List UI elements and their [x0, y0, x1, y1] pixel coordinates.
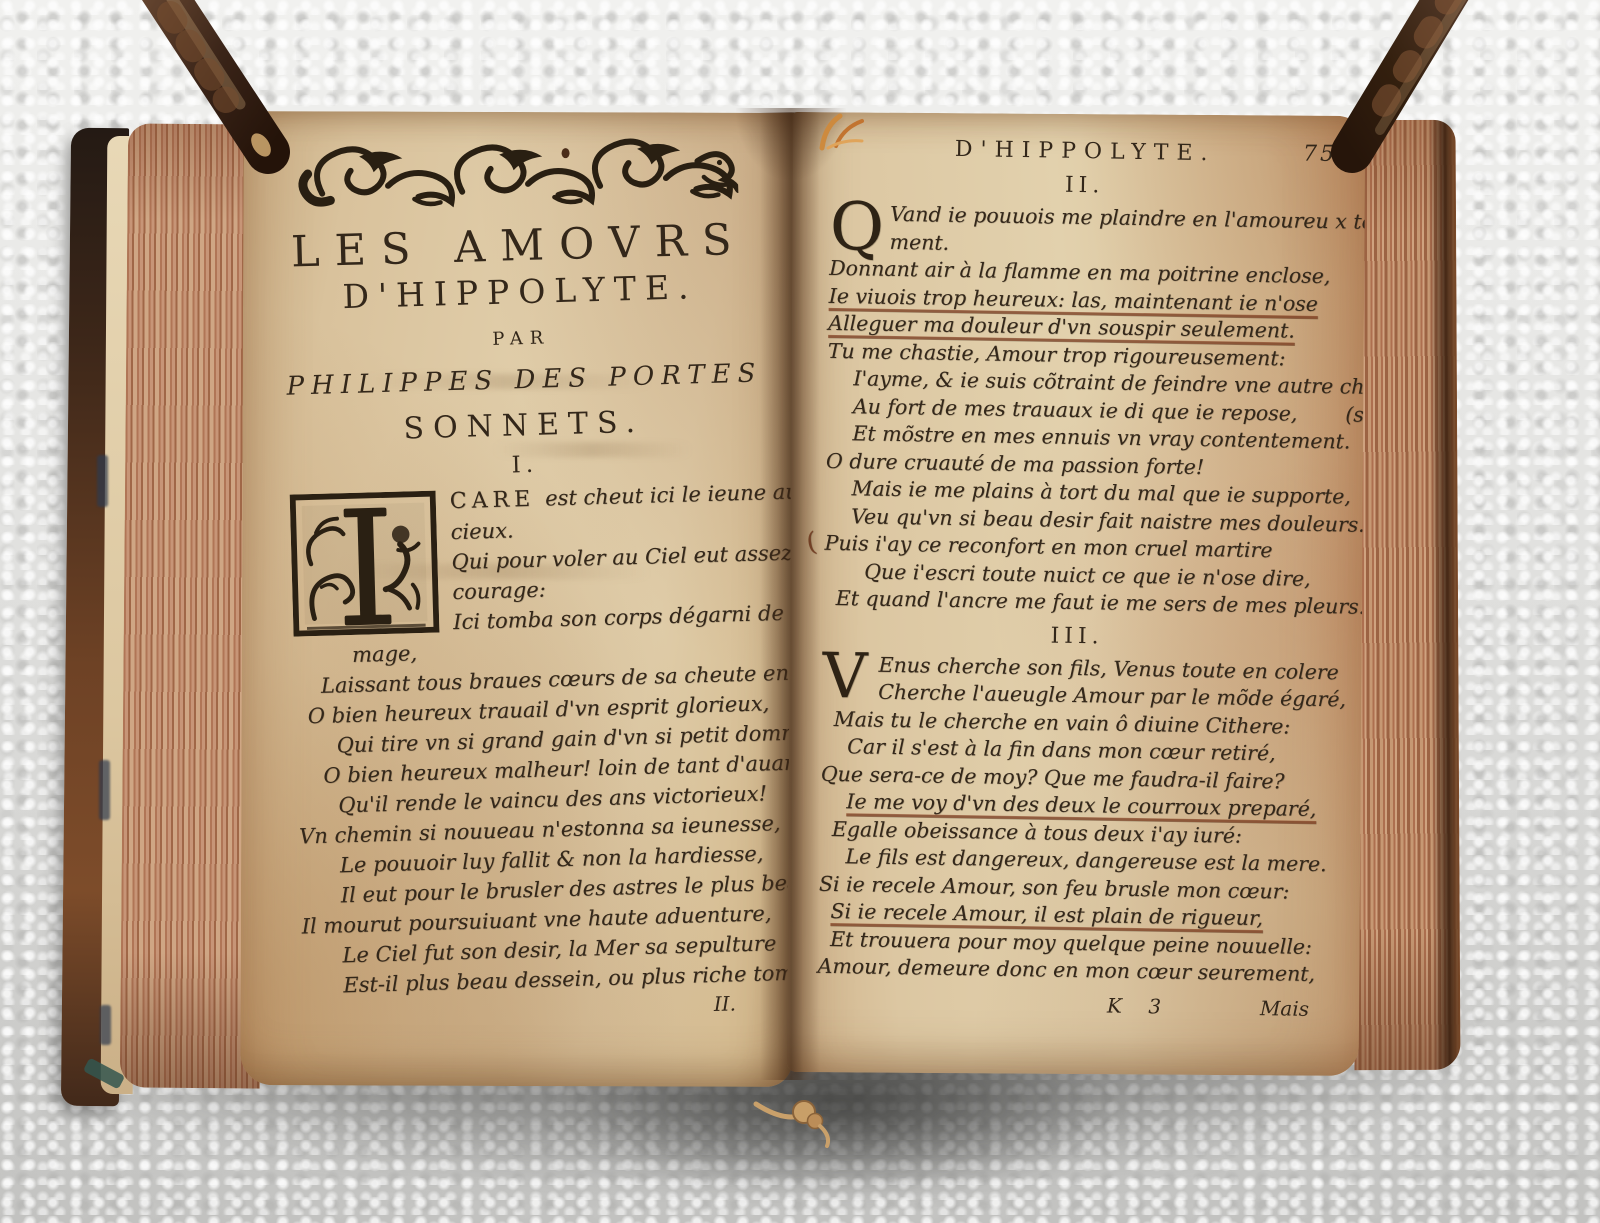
cover-mark: [99, 760, 110, 820]
right-page: 75 D'HIPPOLYTE. II. Q Vand ie pouuois me…: [787, 112, 1366, 1076]
right-fore-edge-pages: [1350, 120, 1461, 1071]
cover-mark: [100, 1005, 111, 1045]
woodcut-initial-I-icon: [290, 491, 440, 637]
sonnet-1-text: CAREest cheut ici le ieune auda- cieux. …: [289, 477, 775, 1001]
right-page-content: D'HIPPOLYTE. II. Q Vand ie pouuois me pl…: [817, 134, 1339, 1021]
sonnet-3-text: V Enus cherche son fils, Venus toute en …: [817, 650, 1330, 988]
drop-cap-V: V: [822, 650, 879, 701]
photograph-open-book: LES AMOVRS D'HIPPOLYTE. PAR PHILIPPES DE…: [0, 0, 1600, 1223]
turnover-text: (se.: [1297, 401, 1365, 426]
left-page-content: LES AMOVRS D'HIPPOLYTE. PAR PHILIPPES DE…: [280, 132, 776, 1028]
signature-mark: K 3: [1107, 993, 1171, 1018]
cover-mark: [97, 455, 108, 507]
drop-cap-Q: Q: [829, 200, 890, 253]
running-header: D'HIPPOLYTE.: [831, 134, 1339, 170]
sonnet-3-number: III.: [823, 618, 1331, 654]
left-page: LES AMOVRS D'HIPPOLYTE. PAR PHILIPPES DE…: [240, 111, 795, 1087]
headpiece-ornament-icon: [295, 132, 739, 218]
red-ink-margin-mark: (: [805, 529, 819, 558]
incipit-caps: CARE: [450, 487, 536, 514]
sonnet-2-text: Q Vand ie pouuois me plaindre en l'amour…: [824, 200, 1339, 621]
byline: PAR: [285, 320, 758, 359]
binding-thread-knot-icon: [748, 1082, 868, 1150]
sonnet-2-number: II.: [830, 168, 1338, 204]
binding-tassel-icon: [806, 100, 886, 152]
catchword: Mais: [1260, 996, 1309, 1021]
author-name: PHILIPPES DES PORTES: [286, 356, 759, 405]
page-footer: K 3 Mais: [817, 988, 1325, 1020]
